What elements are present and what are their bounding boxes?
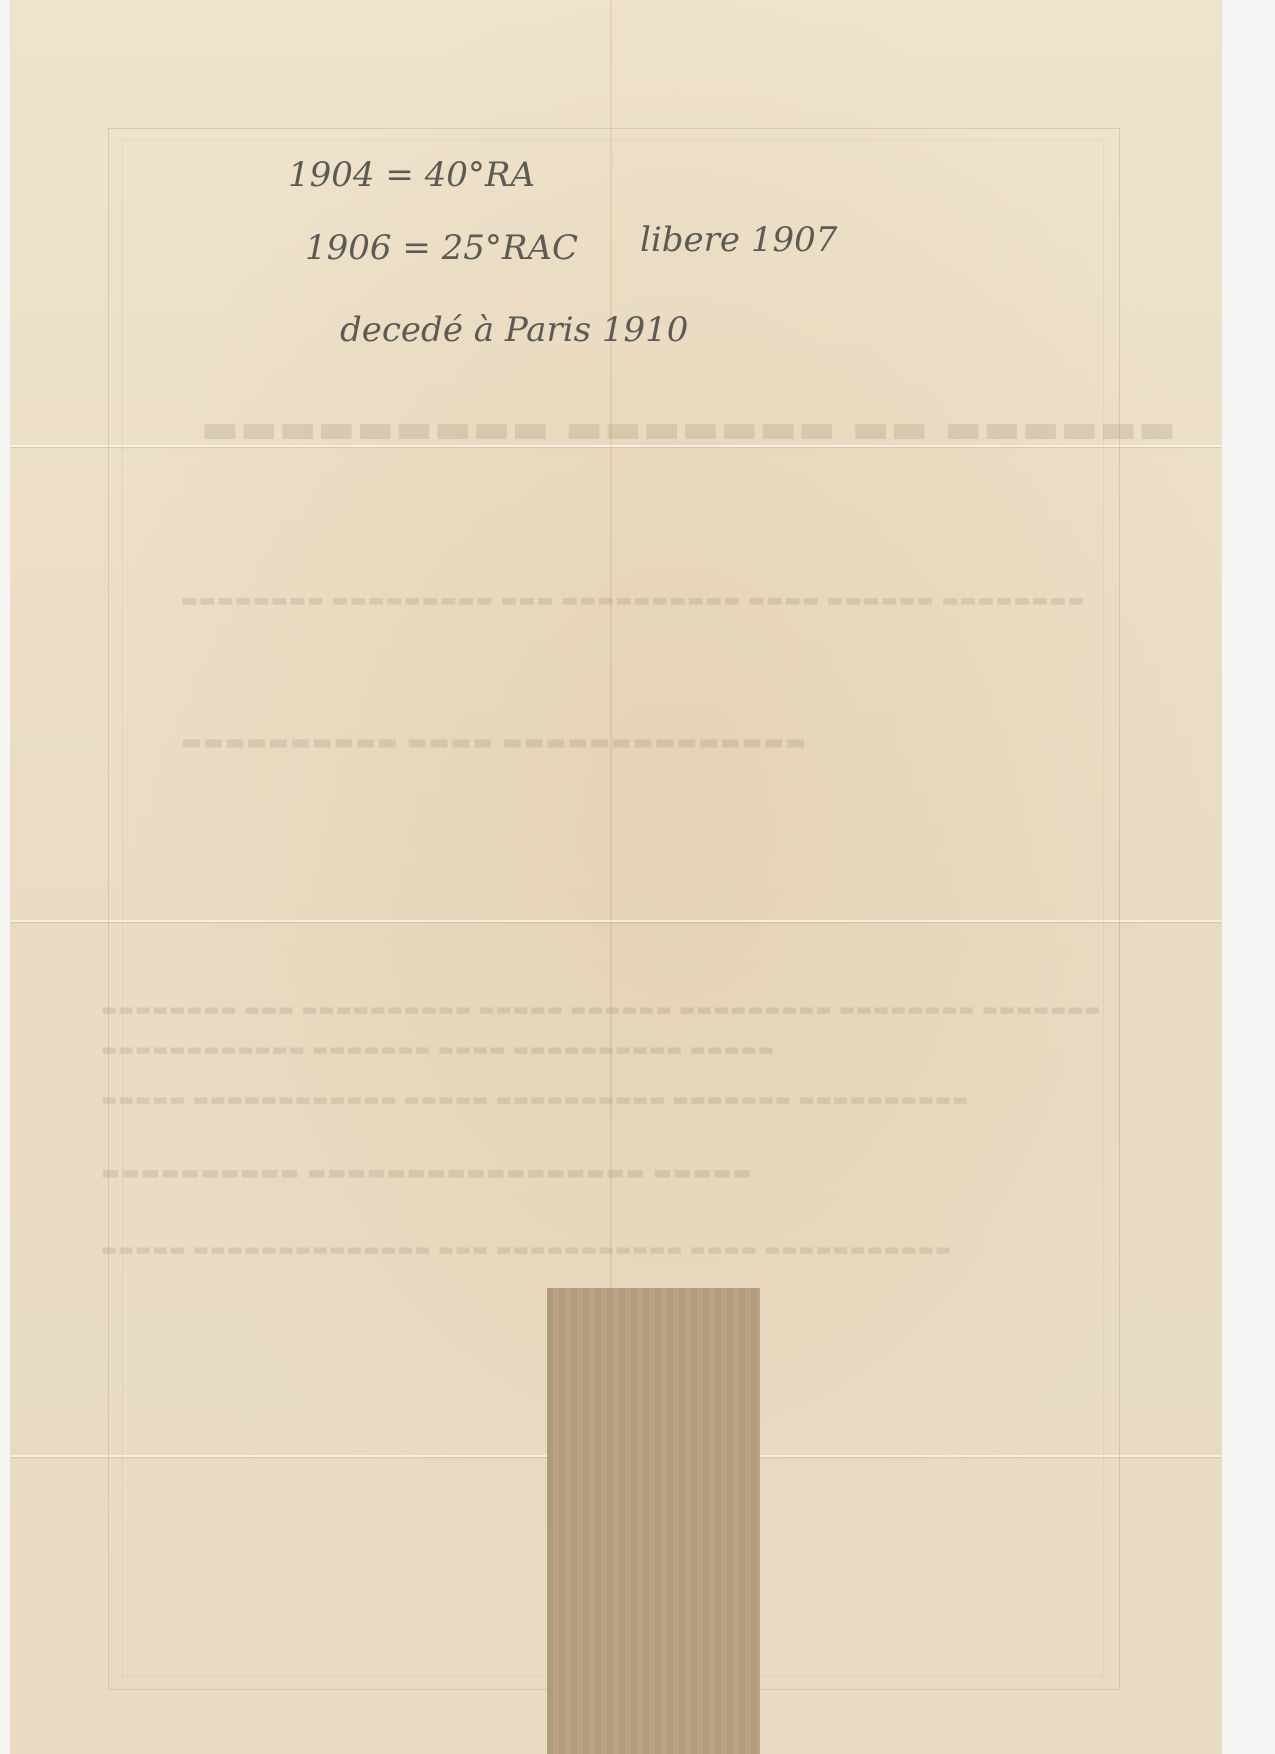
annotation-line-2: 1906 = 25°RAC: [305, 228, 578, 268]
reverse-text-showthrough: ▬▬▬▬▬ ▬▬▬▬▬▬▬▬▬▬▬▬▬▬▬▬▬ ▬▬▬▬▬▬▬▬▬▬: [100, 1160, 751, 1184]
reverse-title-showthrough: ▬▬▬▬▬▬ ▬▬ ▬▬▬▬▬▬▬ ▬▬▬▬▬▬▬▬▬: [200, 405, 1176, 452]
annotation-line-3: decedé à Paris 1910: [340, 310, 688, 350]
reverse-text-showthrough: ▬▬▬▬▬▬▬▬▬▬▬ ▬▬▬▬ ▬▬▬▬▬▬▬▬▬▬▬ ▬▬▬ ▬▬▬▬▬▬▬…: [100, 1240, 951, 1260]
reverse-text-showthrough: ▬▬▬▬▬ ▬▬▬▬▬▬▬▬▬▬ ▬▬▬▬ ▬▬▬▬▬▬▬ ▬▬▬▬▬▬▬▬▬▬…: [100, 1040, 774, 1060]
document-page: ▬▬▬▬▬▬ ▬▬ ▬▬▬▬▬▬▬ ▬▬▬▬▬▬▬▬▬ ▬▬▬▬▬▬▬▬ ▬▬▬…: [10, 0, 1222, 1754]
reverse-text-showthrough: ▬▬▬▬▬▬▬▬▬▬ ▬▬▬▬▬▬▬ ▬▬▬▬▬▬▬▬▬▬ ▬▬▬▬▬ ▬▬▬▬…: [100, 1090, 968, 1110]
reverse-text-showthrough: ▬▬▬▬▬▬▬▬ ▬▬▬▬▬▬ ▬▬▬▬ ▬▬▬▬▬▬▬▬▬▬ ▬▬▬ ▬▬▬▬…: [180, 590, 1085, 611]
reverse-text-showthrough: ▬▬▬▬▬▬▬ ▬▬▬▬▬▬▬▬ ▬▬▬▬▬▬▬▬▬ ▬▬▬▬▬▬ ▬▬▬▬▬ …: [100, 1000, 1100, 1020]
annotation-line-1: 1904 = 40°RA: [288, 155, 535, 195]
annotation-line-2-note: libere 1907: [640, 220, 837, 260]
brown-paper-tape: [547, 1288, 760, 1754]
reverse-text-showthrough: ▬▬▬▬▬▬▬▬▬▬▬▬▬▬ ▬▬▬▬ ▬▬▬▬▬▬▬▬▬▬: [180, 730, 806, 755]
